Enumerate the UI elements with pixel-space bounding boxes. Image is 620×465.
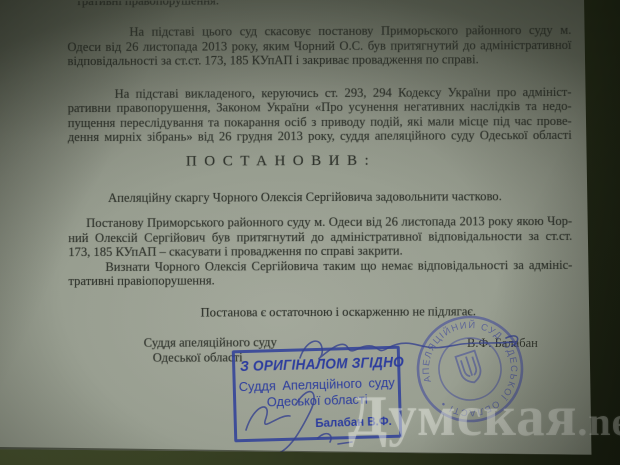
paragraph2-line4: дення мирніх зібрань» від 26 грудня 2013… (68, 128, 572, 145)
stamp-title: З ОРИГІНАЛОМ ЗГІДНО (240, 355, 393, 375)
ruling-line1: Постанову Приморського районного суду м.… (68, 214, 572, 231)
resolution-heading: ПОСТАНОВИВ: (186, 152, 572, 172)
document-photo: тративні правопорушення. На підставі цьо… (0, 0, 620, 465)
recognition-line1: Визнати Чорного Олексія Сергійовича таки… (68, 257, 572, 274)
appeal-line: Апеляційну скаргу Чорного Олексія Сергій… (68, 188, 572, 205)
watermark-main: Думская (348, 388, 577, 445)
paragraph2-line2: ративни правопорушення, Законом України … (68, 99, 572, 116)
paragraph1-line3: відповідальності за ст.ст. 173, 185 КУпА… (67, 52, 571, 69)
clipped-top-line: тративні правопорушення. (67, 0, 571, 8)
paper-bottom-edge-shadow (0, 447, 600, 458)
recognition-line2: тративні правіопорушення. (68, 272, 572, 289)
ruling-line2: ний Олексій Сергійович був притягнутий д… (68, 228, 572, 245)
site-watermark: Думская.net (348, 388, 620, 445)
trident-emblem (456, 351, 484, 386)
watermark-suffix: .net (577, 402, 620, 442)
paragraph1-line2: Одеси від 26 листопада 2013 року, яким Ч… (67, 37, 571, 54)
paragraph1-line1: На підставі цього суд скасовує постанову… (67, 23, 571, 40)
